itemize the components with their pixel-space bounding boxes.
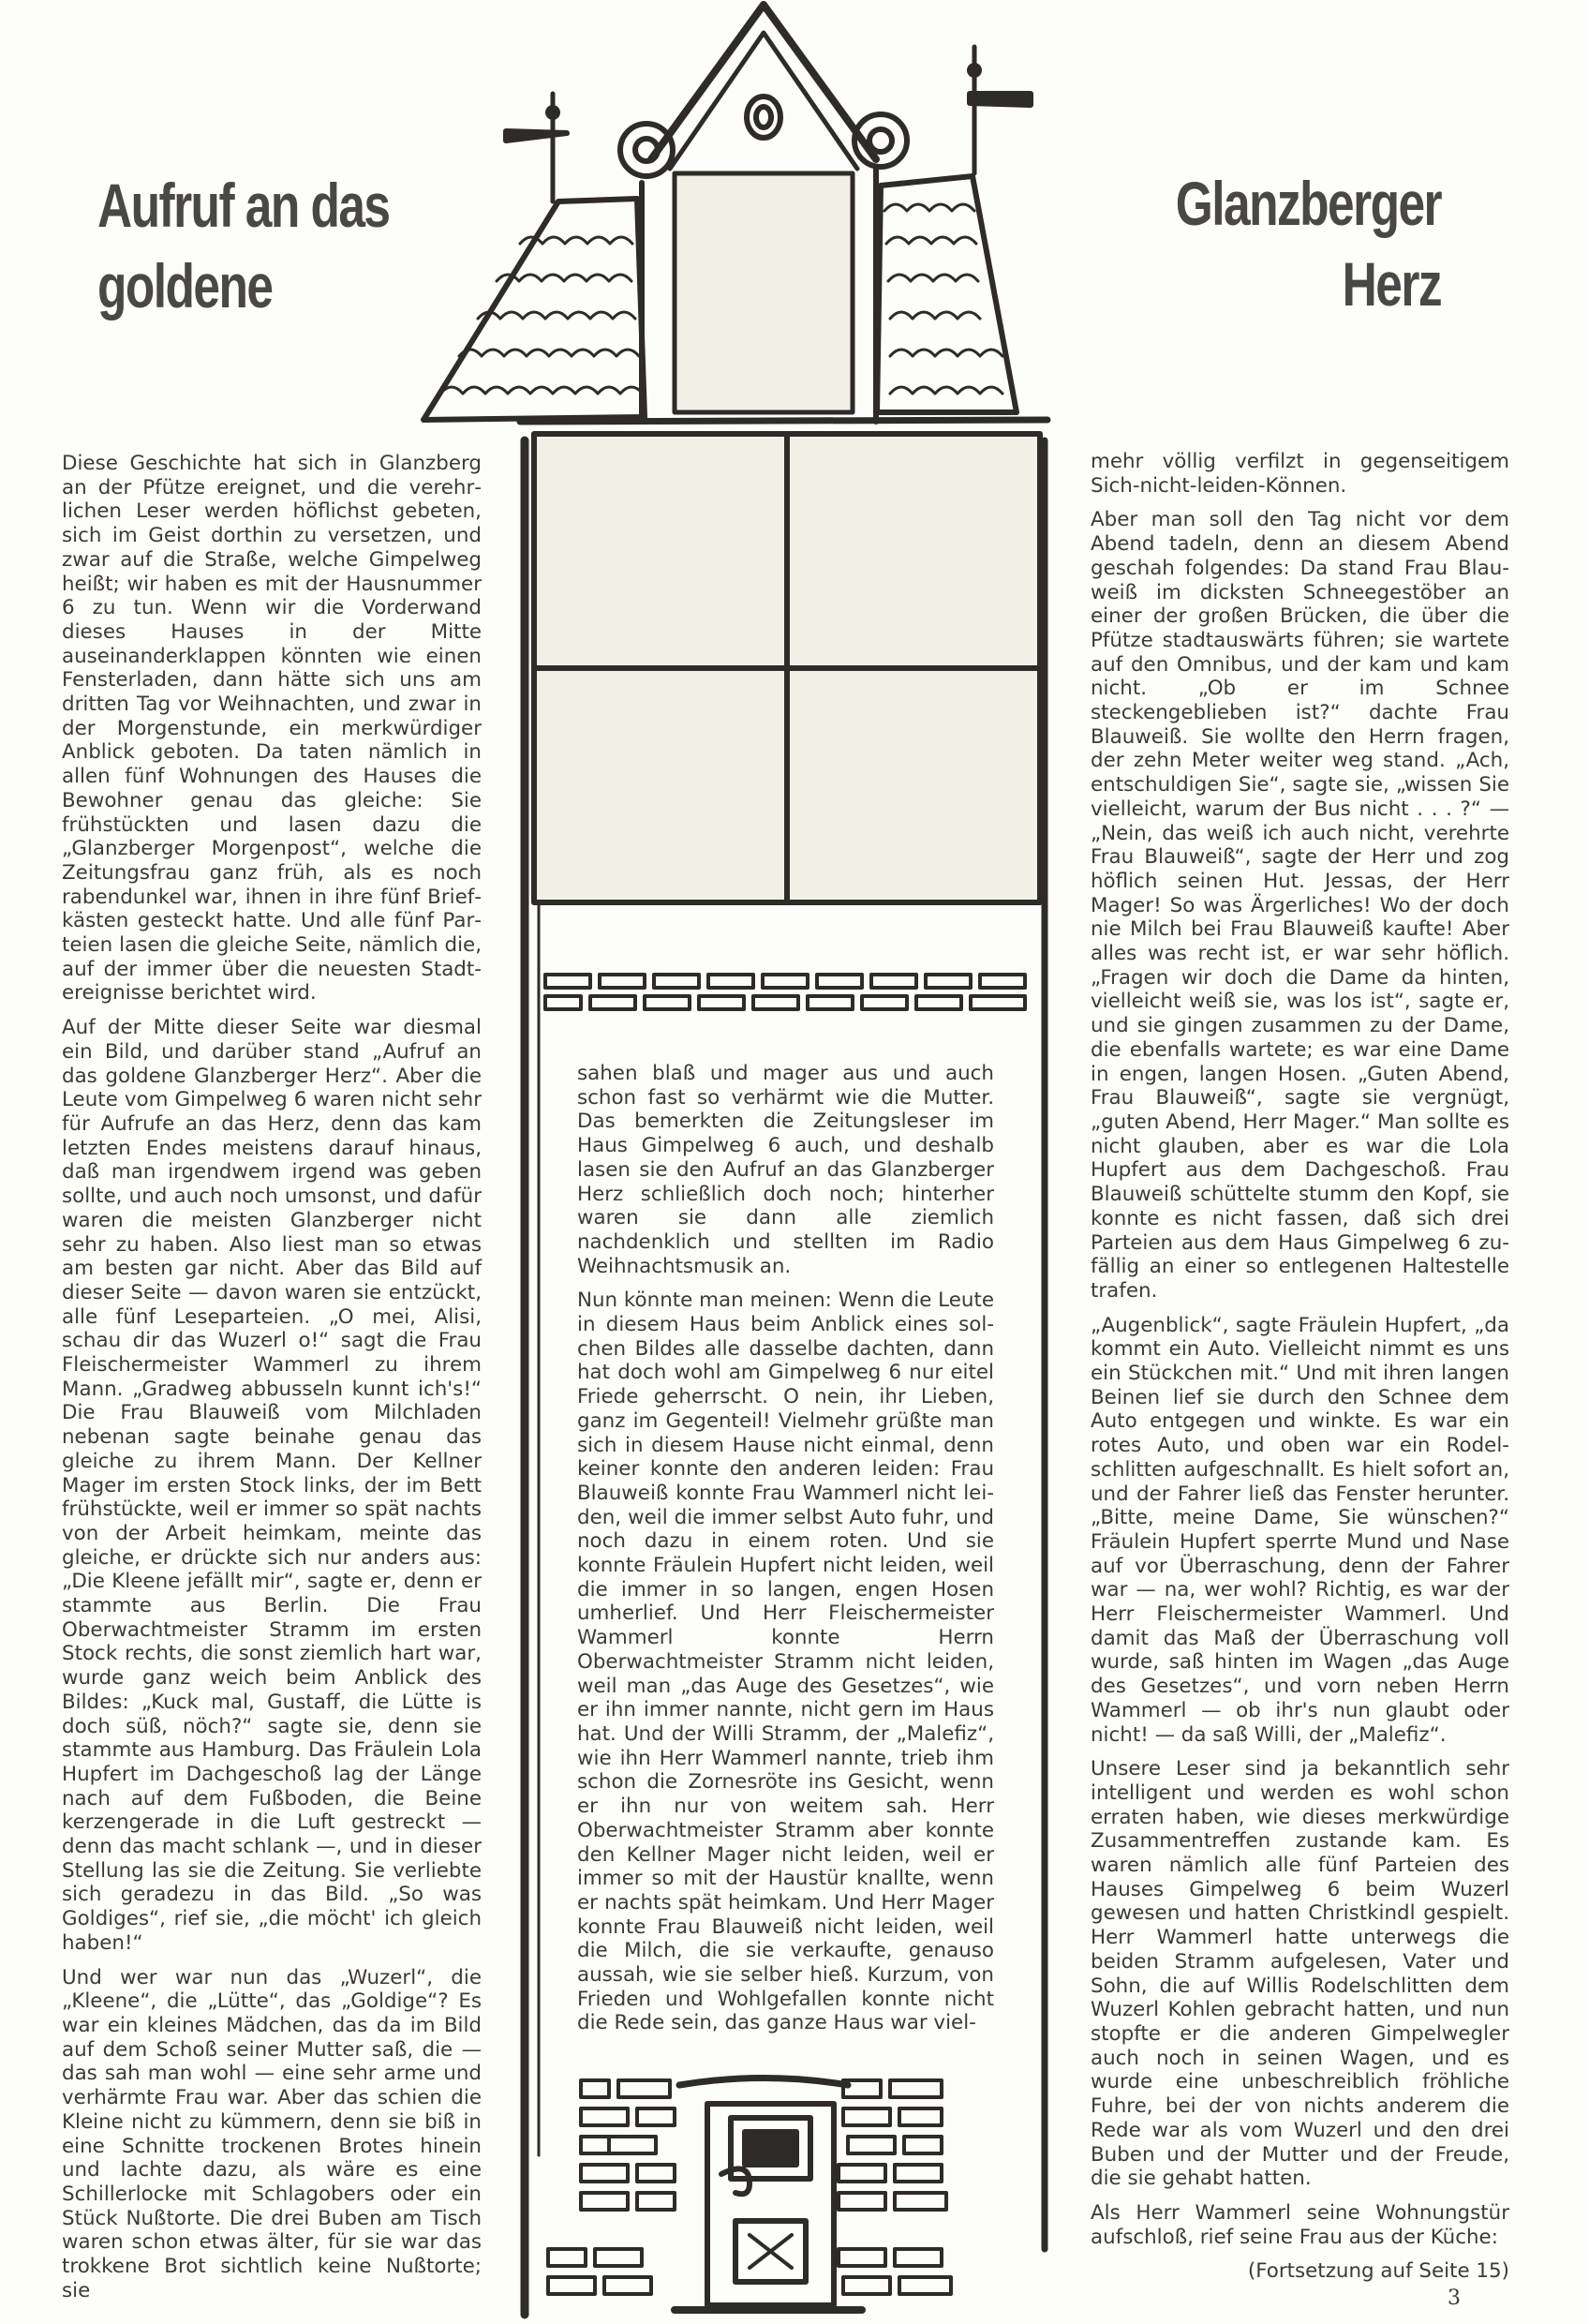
- text-column-middle: sahen blaß und mager aus und auch schon …: [577, 1062, 994, 2046]
- paragraph: Auf der Mitte dieser Seite war diesmal e…: [62, 1016, 482, 1955]
- paragraph: „Augenblick“, sagte Fräulein Hupfert, „d…: [1091, 1314, 1509, 1748]
- paragraph: Diese Geschichte hat sich in Glanzberg a…: [62, 452, 482, 1006]
- weathervane-right-icon: [970, 47, 1031, 173]
- paragraph: Als Herr Wammerl seine Wohnungstür aufsc…: [1091, 2201, 1509, 2249]
- weathervane-left-icon: [506, 94, 567, 201]
- headline-left-line-2: goldene: [97, 246, 478, 326]
- headline-right: Glanzberger Herz: [1134, 163, 1441, 324]
- headline-left-line-1: Aufruf an das: [97, 165, 478, 246]
- headline-left: Aufruf an das goldene: [97, 165, 478, 326]
- headline-right-line-1: Glanzberger: [1134, 163, 1441, 244]
- paragraph: sahen blaß und mager aus und auch schon …: [577, 1062, 994, 1278]
- front-door-icon: [675, 2078, 862, 2311]
- headline-right-line-2: Herz: [1134, 244, 1441, 324]
- paragraph: mehr völlig verfilzt in gegenseitigem Si…: [1091, 450, 1509, 498]
- continuation-note: (Fortsetzung auf Seite 15): [1091, 2259, 1509, 2284]
- text-column-right: mehr völlig verfilzt in gegenseitigem Si…: [1091, 450, 1509, 2284]
- page-number: 3: [1448, 2287, 1461, 2310]
- paragraph: Unsere Leser sind ja bekanntlich sehr in…: [1091, 1757, 1509, 2191]
- paragraph: Nun könnte man meinen: Wenn die Leute in…: [577, 1289, 994, 2035]
- paragraph: Und wer war nun das „Wuzerl“, die „Kleen…: [62, 1966, 482, 2303]
- text-column-left: Diese Geschichte hat sich in Glanzberg a…: [62, 452, 482, 2313]
- paragraph: Aber man soll den Tag nicht vor dem Aben…: [1091, 508, 1509, 1303]
